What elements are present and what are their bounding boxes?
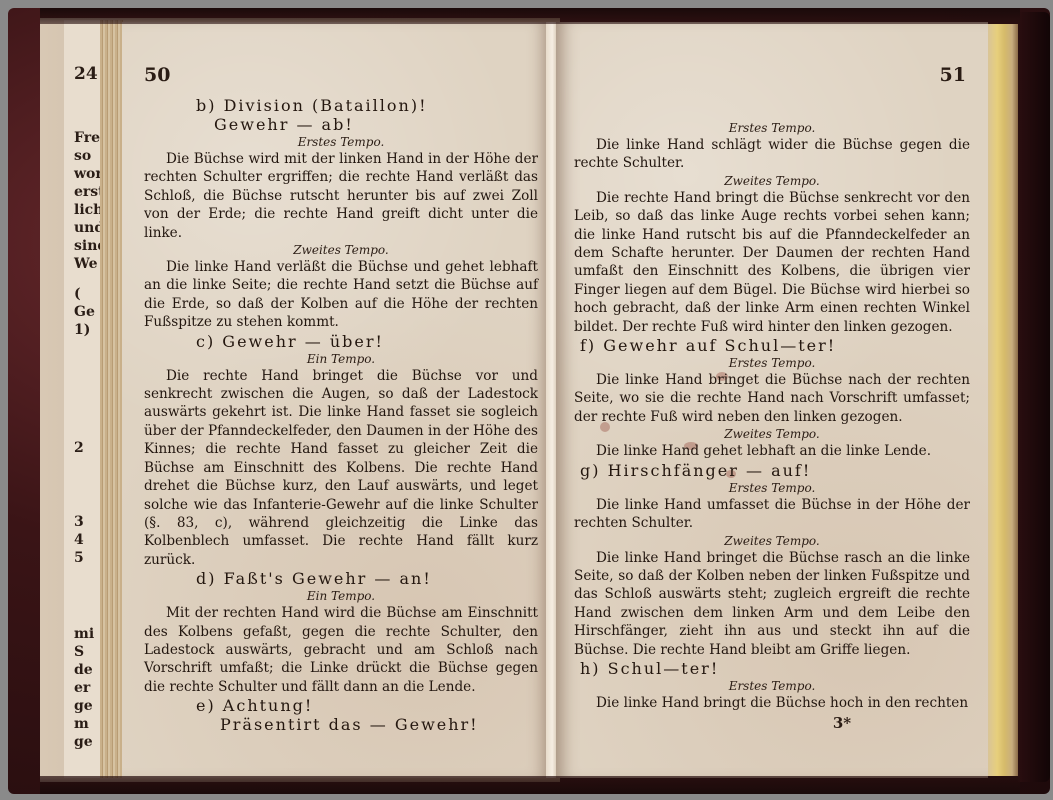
- page-number: 50: [144, 64, 170, 86]
- previous-page-fragment: lich: [74, 202, 101, 218]
- right-page: 51 Erstes Tempo. Die linke Hand schlägt …: [556, 22, 988, 778]
- previous-page-fragment: so: [74, 148, 91, 164]
- previous-page-fragment: (: [74, 286, 81, 302]
- left-page-edges: [100, 20, 124, 778]
- tempo-label: Erstes Tempo.: [574, 480, 970, 496]
- previous-page-fragment: er: [74, 680, 90, 696]
- previous-page-fragment: erst: [74, 184, 101, 200]
- paragraph: Die linke Hand verläßt die Büchse und ge…: [144, 258, 538, 332]
- paragraph: Die linke Hand bringet die Büchse nach d…: [574, 371, 970, 426]
- previous-page-fragment: 2: [74, 440, 84, 456]
- paragraph: Die linke Hand bringt die Büchse hoch in…: [574, 694, 970, 712]
- tempo-label: Zweites Tempo.: [144, 242, 538, 258]
- previous-page-fragment: 5: [74, 550, 84, 566]
- previous-page-fragment: 3: [74, 514, 84, 530]
- previous-page-fragment: und: [74, 220, 101, 236]
- previous-page-sliver: 24 Fre so wor erst lich und sind We ( Ge…: [64, 20, 101, 778]
- previous-page-fragment: S: [74, 644, 84, 660]
- command-heading: g) Hirschfänger — auf!: [574, 461, 970, 480]
- right-page-edges: [988, 24, 1018, 776]
- previous-page-fragment: mi: [74, 626, 94, 642]
- paragraph: Die rechte Hand bringet die Büchse vor u…: [144, 367, 538, 569]
- top-edge-shadow: [40, 8, 1020, 24]
- tempo-label: Zweites Tempo.: [574, 173, 970, 189]
- paragraph: Die linke Hand schlägt wider die Büchse …: [574, 136, 970, 173]
- tempo-label: Zweites Tempo.: [574, 426, 970, 442]
- paragraph: Die linke Hand umfasset die Büchse in de…: [574, 496, 970, 533]
- tempo-label: Erstes Tempo.: [144, 134, 538, 150]
- right-page-text: Erstes Tempo. Die linke Hand schlägt wid…: [574, 120, 970, 732]
- previous-page-fragment: ge: [74, 698, 93, 714]
- command-heading: c) Gewehr — über!: [144, 332, 538, 351]
- previous-page-fragment: sind: [74, 238, 101, 254]
- previous-page-fragment: Fre: [74, 130, 100, 146]
- section-heading: b) Division (Bataillon)!: [144, 96, 538, 115]
- tempo-label: Ein Tempo.: [144, 351, 538, 367]
- tempo-label: Erstes Tempo.: [574, 678, 970, 694]
- command-heading: Gewehr — ab!: [144, 115, 538, 134]
- tempo-label: Erstes Tempo.: [574, 355, 970, 371]
- previous-page-fragment: m: [74, 716, 89, 732]
- paragraph: Die linke Hand bringet die Büchse rasch …: [574, 549, 970, 659]
- bottom-edge-shadow: [40, 776, 1020, 794]
- previous-page-fragment: We: [74, 256, 98, 272]
- signature-mark: 3*: [574, 714, 970, 732]
- paragraph: Mit der rechten Hand wird die Büchse am …: [144, 604, 538, 696]
- book-cover-fore-edge: [1018, 12, 1050, 782]
- command-heading: e) Achtung!: [144, 696, 538, 715]
- previous-page-fragment: 4: [74, 532, 84, 548]
- previous-page-fragment: de: [74, 662, 93, 678]
- tempo-label: Erstes Tempo.: [574, 120, 970, 136]
- command-heading: h) Schul—ter!: [574, 659, 970, 678]
- paragraph: Die rechte Hand bringt die Büchse senkre…: [574, 189, 970, 336]
- previous-page-fragment: wor: [74, 166, 101, 182]
- left-page-text: b) Division (Bataillon)! Gewehr — ab! Er…: [144, 96, 538, 734]
- page-number: 51: [940, 64, 966, 86]
- command-heading: f) Gewehr auf Schul—ter!: [574, 336, 970, 355]
- previous-page-fragment: ge: [74, 734, 93, 750]
- paragraph: Die Büchse wird mit der linken Hand in d…: [144, 150, 538, 242]
- paragraph: Die linke Hand gehet lebhaft an die link…: [574, 442, 970, 460]
- command-heading: d) Faßt's Gewehr — an!: [144, 569, 538, 588]
- previous-page-fragment: Ge: [74, 304, 95, 320]
- tempo-label: Zweites Tempo.: [574, 533, 970, 549]
- command-heading: Präsentirt das — Gewehr!: [144, 715, 538, 734]
- tempo-label: Ein Tempo.: [144, 588, 538, 604]
- previous-page-fragment: 1): [74, 322, 90, 338]
- previous-page-number: 24: [74, 66, 98, 82]
- left-page: 50 b) Division (Bataillon)! Gewehr — ab!…: [122, 22, 550, 778]
